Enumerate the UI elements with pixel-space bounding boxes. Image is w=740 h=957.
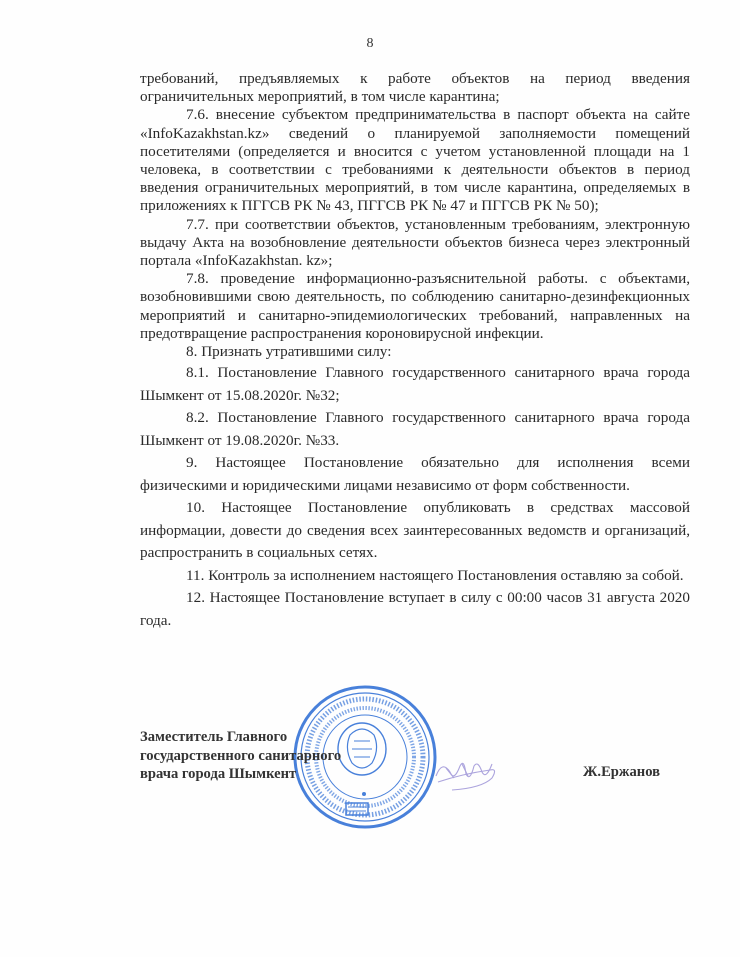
paragraphs-bottom: 8.1. Постановление Главного государствен…: [140, 362, 690, 632]
signer-name: Ж.Ержанов: [583, 764, 660, 781]
signature-title: Заместитель Главного государственного са…: [140, 728, 341, 784]
signature-title-line: государственного санитарного: [140, 747, 341, 766]
paragraph-8: 8. Признать утратившими силу:: [140, 343, 690, 361]
page-number: 8: [0, 36, 740, 52]
paragraph-9: 9. Настоящее Постановление обязательно д…: [140, 452, 690, 497]
paragraph-7-8: 7.8. проведение информационно-разъясните…: [140, 270, 690, 343]
paragraph-8-2: 8.2. Постановление Главного государствен…: [140, 407, 690, 452]
paragraph-10: 10. Настоящее Постановление опубликовать…: [140, 497, 690, 565]
signature-title-line: врача города Шымкент: [140, 765, 341, 784]
paragraph-11: 11. Контроль за исполнением настоящего П…: [140, 565, 690, 588]
handwritten-signature-icon: [432, 752, 502, 796]
signature-title-line: Заместитель Главного: [140, 728, 341, 747]
paragraph-cont: требований, предъявляемых к работе объек…: [140, 70, 690, 106]
paragraph-8-1: 8.1. Постановление Главного государствен…: [140, 362, 690, 407]
paragraphs-top: требований, предъявляемых к работе объек…: [140, 70, 690, 361]
document-page: 8 требований, предъявляемых к работе объ…: [0, 0, 740, 957]
paragraph-7-7: 7.7. при соответствии объектов, установл…: [140, 216, 690, 271]
paragraph-12: 12. Настоящее Постановление вступает в с…: [140, 587, 690, 632]
document-body: требований, предъявляемых к работе объек…: [140, 70, 690, 632]
paragraph-7-6: 7.6. внесение субъектом предпринимательс…: [140, 106, 690, 215]
